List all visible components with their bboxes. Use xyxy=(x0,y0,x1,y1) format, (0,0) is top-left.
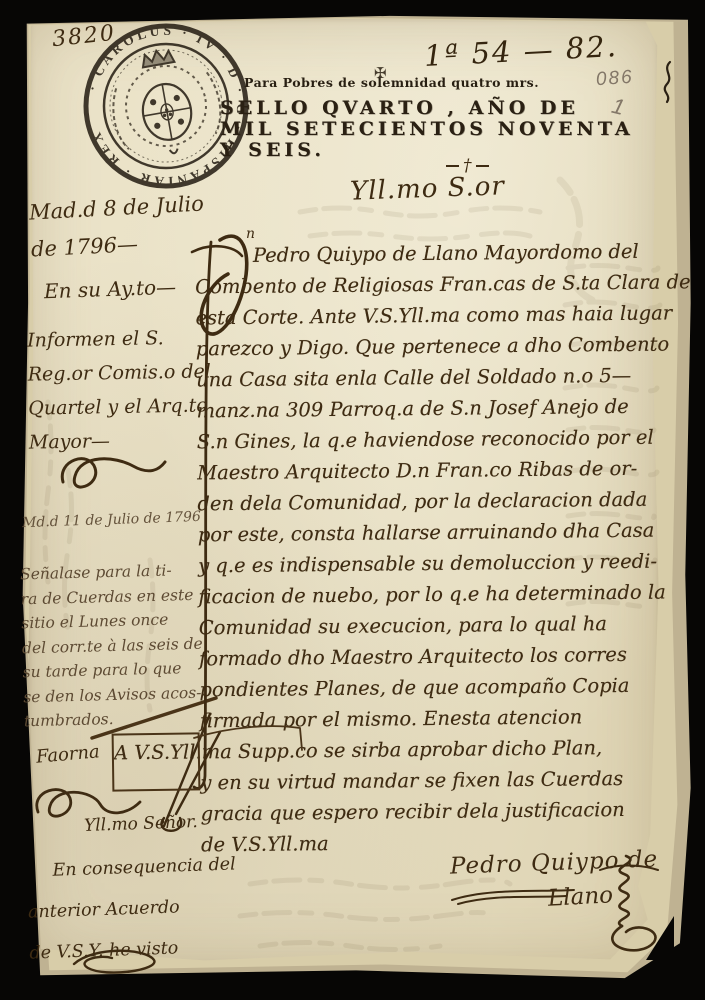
initial-superscript: n xyxy=(246,226,255,242)
petition-line: Comunidad su execucion, para lo qual ha xyxy=(199,612,663,648)
petition-line: y q.e es indispensable su demoluccion y … xyxy=(198,550,662,586)
petition-line: Maestro Arquitecto D.n Fran.co Ribas de … xyxy=(197,457,661,493)
signature-rubric xyxy=(596,854,666,960)
pencil-archival-number: 086 xyxy=(595,67,634,92)
petition-line: formado dho Maestro Arquitecto los corre… xyxy=(199,643,663,679)
sello-heading-line: SELLO QVARTO , AÑO DE xyxy=(220,98,634,119)
annotation-box-extension xyxy=(192,718,307,752)
dash-stroke xyxy=(446,165,459,167)
petition-line: Pedro Quiypo de Llano Mayordomo del xyxy=(195,240,659,276)
petition-line: por este, consta hallarse arruinando dha… xyxy=(198,519,662,555)
annotation-box xyxy=(112,732,201,791)
petition-body-text: Pedro Quiypo de Llano Mayordomo delCombe… xyxy=(195,240,665,865)
petition-line: y en su virtud mandar se fixen las Cuerd… xyxy=(200,767,664,803)
dash-stroke xyxy=(476,165,489,167)
compliance-flourish xyxy=(66,944,166,980)
salutation-heading: Yll.mo S.or xyxy=(350,171,506,206)
underline-swash xyxy=(448,884,578,906)
petition-line: una Casa sita enla Calle del Soldado n.o… xyxy=(196,364,660,400)
margin-session-note: En su Ay.to— xyxy=(44,275,177,304)
sello-heading-line: Y SEIS. xyxy=(220,140,634,161)
petition-line: S.n Gines, la q.e haviendose reconocido … xyxy=(197,426,661,462)
petition-line: ficacion de nuebo, por lo q.e ha determi… xyxy=(198,581,662,617)
document-photograph: · CAROLUS · IV · D · G · HISPANIAR · REX… xyxy=(0,0,705,1000)
petition-line: Combento de Religiosas Fran.cas de S.ta … xyxy=(195,271,659,307)
printed-sello-heading: SELLO QVARTO , AÑO DEMIL SETECIENTOS NOV… xyxy=(220,98,634,161)
decree-rubric-flourish xyxy=(55,442,170,504)
sello-heading-line: MIL SETECIENTOS NOVENTA xyxy=(220,119,634,140)
petition-line: den dela Comunidad, por la declaracion d… xyxy=(197,488,661,524)
petition-line: manz.na 309 Parroq.a de S.n Josef Anejo … xyxy=(196,395,660,431)
petition-line: pondientes Planes, de que acompaño Copia xyxy=(199,674,663,710)
margin-salutation: Yll.mo Señor. xyxy=(84,812,198,836)
edge-ink-mark xyxy=(660,60,676,106)
margin-order-line: ra de Cuerdas en este xyxy=(20,582,201,611)
petition-line: esta Corte. Ante V.S.Yll.ma como mas hai… xyxy=(195,302,659,338)
margin-compliance-line: anterior Acuerdo xyxy=(27,885,238,933)
petition-line: gracia que espero recibir dela justifica… xyxy=(201,798,665,834)
printed-fee-line: Para Pobres de solemnidad quatro mrs. xyxy=(244,75,539,90)
petition-line: parezco y Digo. Que pertenece a dho Comb… xyxy=(196,333,660,369)
